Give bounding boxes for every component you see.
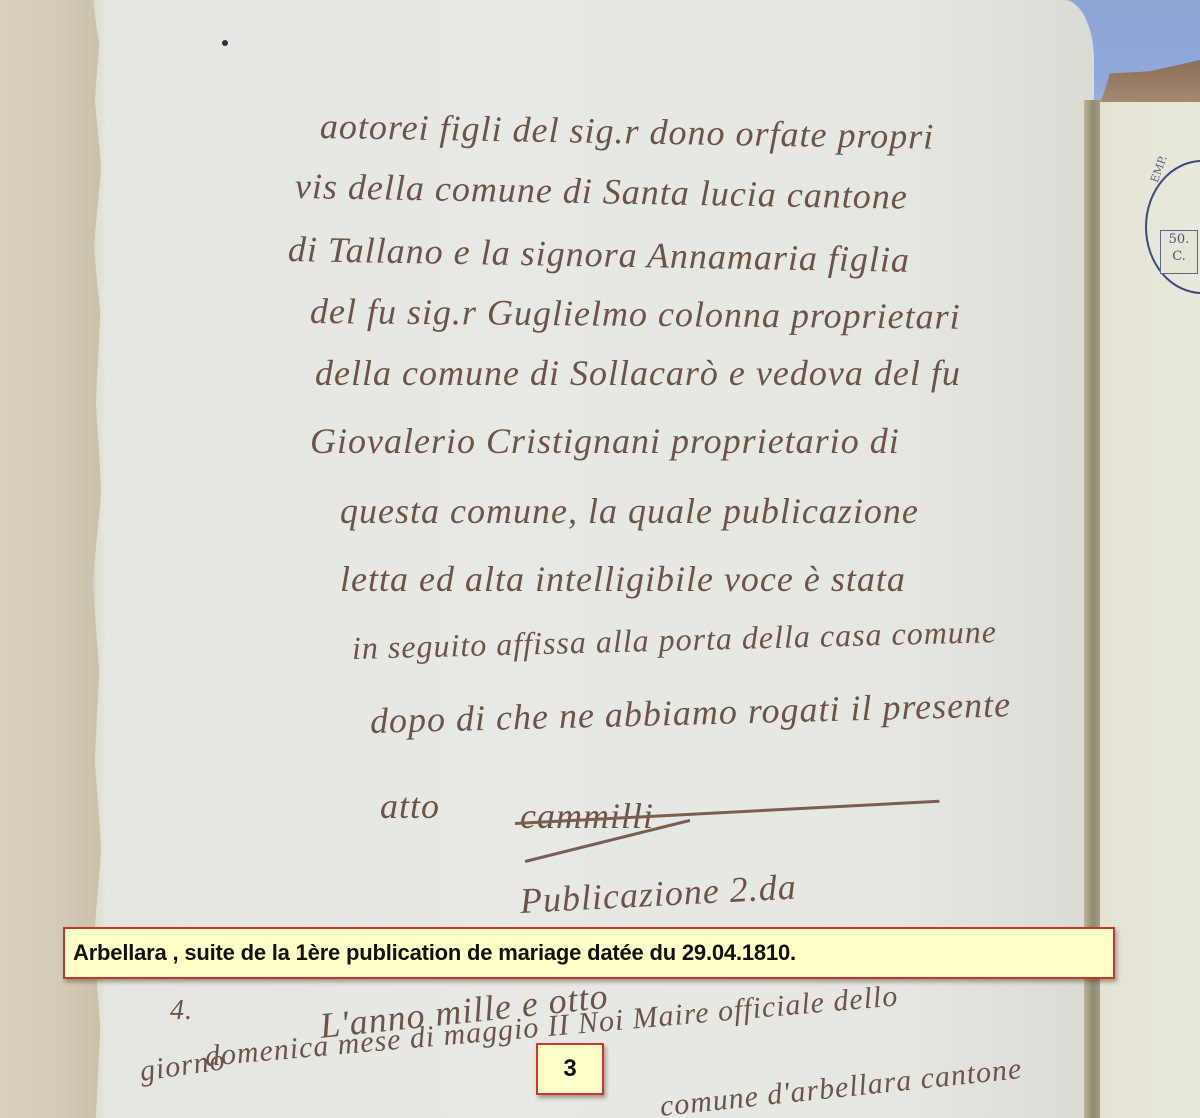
stamp-value-line1: 50.	[1161, 231, 1197, 248]
ink-blot	[222, 40, 228, 46]
page-number-badge: 3	[536, 1043, 604, 1095]
caption-banner: Arbellara , suite de la 1ère publication…	[63, 927, 1115, 979]
margin-number: 4.	[170, 995, 193, 1027]
handwriting-line: della comune di Sollacarò e vedova del f…	[315, 352, 961, 394]
manuscript-photo: EMP. 50. C. aotorei figli del sig.r dono…	[0, 0, 1200, 1118]
stamp-value: 50. C.	[1160, 230, 1198, 274]
page-number: 3	[563, 1055, 576, 1083]
handwriting-line: Giovalerio Cristignani proprietario di	[310, 420, 900, 462]
handwriting-line: letta ed alta intelligibile voce è stata	[340, 558, 906, 600]
handwriting-line: questa comune, la quale publicazione	[340, 490, 919, 532]
handwriting-line: atto	[380, 785, 440, 827]
handwriting-line: del fu sig.r Guglielmo colonna proprieta…	[310, 290, 961, 338]
caption-text: Arbellara , suite de la 1ère publication…	[73, 940, 796, 966]
stamp-value-line2: C.	[1161, 248, 1197, 265]
